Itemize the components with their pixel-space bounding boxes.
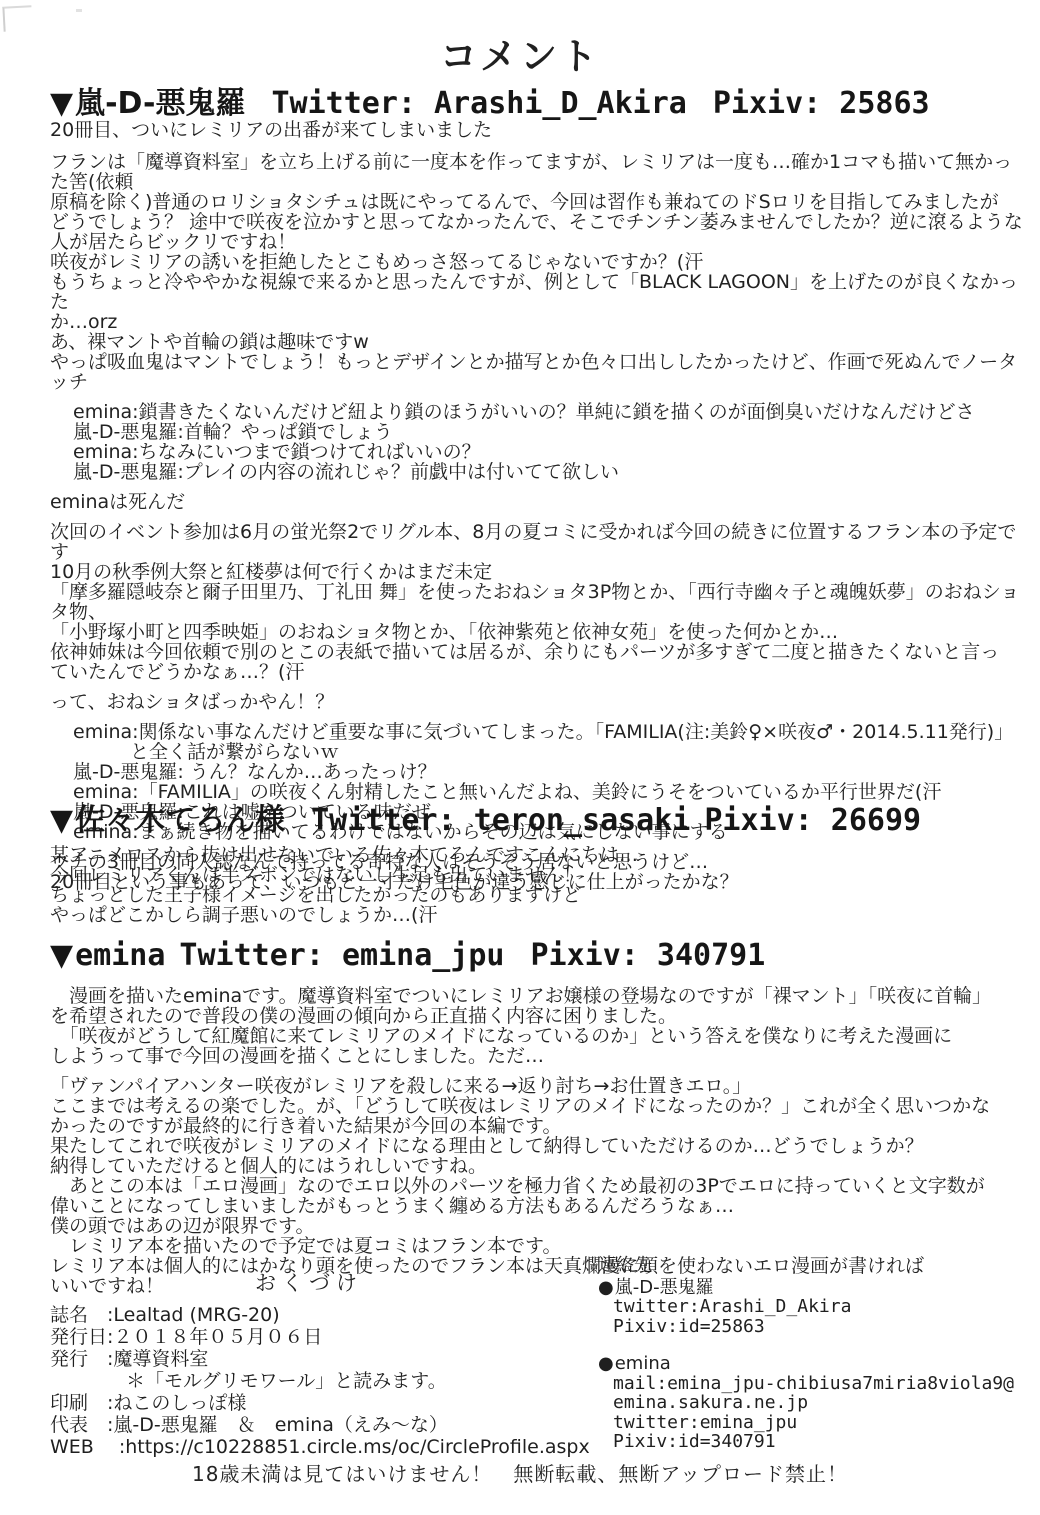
text-line: 次回のイベント参加は6月の蛍光祭2でリグル本、8月の夏コミに受かれば今回の続きに… — [50, 522, 1026, 562]
page-title: コメント — [0, 26, 1040, 80]
text-line: やっぱどこかしら調子悪いのでしょうか…(汗 — [50, 905, 1026, 925]
text-line: Pixiv:id=340791 — [613, 1432, 1028, 1452]
triangle-marker-icon: ▼ — [50, 86, 73, 121]
twitter-handle: Twitter: emina_jpu — [179, 938, 504, 973]
dialogue-block: emina:鎖書きたくないんだけど紐より鎖のほうがいいの？単純に鎖を描くのが面倒… — [50, 402, 1026, 482]
text-line: 発行 :魔導資料室 — [50, 1348, 595, 1370]
text-line: eminaは死んだ — [50, 492, 1026, 512]
contact-entry-name: ●emina — [598, 1354, 1028, 1374]
text-line: ＊「モルグリモワール」と読みます。 — [50, 1370, 595, 1392]
triangle-marker-icon: ▼ — [50, 803, 73, 838]
text-line: 発行日:２０１８年０５月０６日 — [50, 1326, 595, 1348]
text-line: レミリア本を描いたので予定では夏コミはフラン本です。 — [50, 1236, 1026, 1256]
triangle-marker-icon: ▼ — [50, 938, 73, 973]
text-line: 20冊目、ついにレミリアの出番が来てしまいました — [50, 120, 1026, 140]
section-body-sasaki: 某アニメロスから抜け出せないでいる佐々木てろんですこんにちは…今回レミリアくんは… — [50, 845, 1026, 935]
text-line: 僕の頭ではあの辺が限界です。 — [50, 1216, 1026, 1236]
twitter-handle: Twitter: Arashi_D_Akira — [271, 86, 686, 121]
comment-paragraph: 次回のイベント参加は6月の蛍光祭2でリグル本、8月の夏コミに受かれば今回の続きに… — [50, 522, 1026, 682]
comment-paragraph: 20冊目、ついにレミリアの出番が来てしまいました — [50, 120, 1026, 140]
contact-section: 連絡先 ●嵐-D-悪鬼羅 twitter:Arashi_D_AkiraPixiv… — [598, 1256, 1028, 1470]
colophon-rows: 誌名 :Lealtad (MRG-20)発行日:２０１８年０５月０６日発行 :魔… — [50, 1304, 595, 1458]
bullet-icon: ● — [598, 1354, 614, 1374]
text-line: しようって事で今回の漫画を描くことにしました。ただ… — [50, 1046, 1026, 1066]
text-line: もうちょっと冷ややかな視線で来るかと思ったんですが、例として「BLACK LAG… — [50, 272, 1026, 312]
section-heading-arashi: ▼嵐-D-悪鬼羅Twitter: Arashi_D_AkiraPixiv: 25… — [50, 78, 1020, 122]
section-heading-emina: ▼eminaTwitter: emina_jpuPixiv: 340791 — [50, 938, 1020, 973]
text-line: を希望されたので普段の僕の漫画の傾向から正直描く内容に困りました。 — [50, 1006, 1026, 1026]
text-line: 10月の秋季例大祭と紅楼夢は何で行くかはまだ未定 — [50, 562, 1026, 582]
text-line: あとこの本は「エロ漫画」なのでエロ以外のパーツを極力省くため最初の3Pでエロに持… — [50, 1176, 1026, 1196]
contact-entry: ●嵐-D-悪鬼羅 twitter:Arashi_D_AkiraPixiv:id=… — [598, 1278, 1028, 1337]
text-line: どうでしょう？ 途中で咲夜を泣かすと思ってなかったんで、そこでチンチン萎みません… — [50, 212, 1026, 232]
contact-entry-lines: twitter:Arashi_D_AkiraPixiv:id=25863 — [598, 1297, 1028, 1336]
text-line: emina:ちなみにいつまで鎖つけてればいいの？ — [73, 442, 1026, 462]
text-line: 原稿を除く)普通のロリショタシチュは既にやってるんで、今回は習作も兼ねてのドSロ… — [50, 192, 1026, 212]
text-line: ここまでは考えるの楽でした。が、「どうして咲夜はレミリアのメイドになったのか？」… — [50, 1096, 1026, 1116]
text-line: 誌名 :Lealtad (MRG-20) — [50, 1304, 595, 1326]
text-line: 「咲夜がどうして紅魔館に来てレミリアのメイドになっているのか」という答えを僕なり… — [50, 1026, 1026, 1046]
scan-artifact-tick — [76, 9, 82, 12]
text-line: って、おねショタばっかやん！？ — [50, 692, 1026, 712]
text-line: 咲夜がレミリアの誘いを拒絶したとこもめっさ怒ってるじゃないですか？(汗 — [50, 252, 1026, 272]
comment-aside: って、おねショタばっかやん！？ — [50, 692, 1026, 712]
colophon-title: おくづけ — [255, 1272, 595, 1294]
contact-name: emina — [615, 1353, 671, 1374]
bullet-icon: ● — [598, 1278, 614, 1298]
text-line: emina.sakura.ne.jp — [613, 1393, 1028, 1413]
text-line: 人が居たらビックリですね！ — [50, 232, 1026, 252]
text-line: 某アニメロスから抜け出せないでいる佐々木てろんですこんにちは… — [50, 845, 1026, 865]
colophon: おくづけ 誌名 :Lealtad (MRG-20)発行日:２０１８年０５月０６日… — [50, 1272, 595, 1458]
scanned-comment-page: コメント ▼嵐-D-悪鬼羅Twitter: Arashi_D_AkiraPixi… — [0, 0, 1040, 1515]
text-line: ちょっとした王子様イメージを出したかったのもありますけど — [50, 885, 1026, 905]
contact-entry-lines: mail:emina_jpu-chibiusa7miria8viola9@emi… — [598, 1374, 1028, 1452]
contact-entry: ●emina mail:emina_jpu-chibiusa7miria8vio… — [598, 1354, 1028, 1452]
contact-entry-name: ●嵐-D-悪鬼羅 — [598, 1278, 1028, 1298]
text-line: WEB :https://c10228851.circle.ms/oc/Circ… — [50, 1436, 595, 1458]
text-line: かったのですが最終的に行き着いた結果が今回の本編です。 — [50, 1116, 1026, 1136]
author-name: emina — [75, 938, 165, 973]
text-line: 「ヴァンパイアハンター咲夜がレミリアを殺しに来る→返り討ち→お仕置きエロ。」 — [50, 1076, 1026, 1096]
text-line: やっぱ吸血鬼はマントでしょう！もっとデザインとか描写とか色々口出ししたかったけど… — [50, 352, 1026, 392]
section-body-arashi: 20冊目、ついにレミリアの出番が来てしまいました フランは「魔導資料室」を立ち上… — [50, 120, 1026, 902]
text-line: と全く話が繋がらないｗ — [73, 742, 1026, 762]
comment-paragraph: 某アニメロスから抜け出せないでいる佐々木てろんですこんにちは…今回レミリアくんは… — [50, 845, 1026, 925]
text-line: emina:関係ない事なんだけど重要な事に気づいてしまった。「FAMILIA(注… — [73, 722, 1026, 742]
text-line: twitter:emina_jpu — [613, 1413, 1028, 1433]
author-name: 佐々木てろん様 — [75, 803, 285, 838]
section-heading-sasaki: ▼佐々木てろん様Twitter: teron_sasakiPixiv: 2669… — [50, 795, 1020, 839]
pixiv-id: Pixiv: 340791 — [531, 938, 766, 973]
contact-name: 嵐-D-悪鬼羅 — [615, 1277, 714, 1298]
twitter-handle: Twitter: teron_sasaki — [311, 803, 690, 838]
text-line: 印刷 :ねこのしっぽ様 — [50, 1392, 595, 1414]
text-line: emina:鎖書きたくないんだけど紐より鎖のほうがいいの？単純に鎖を描くのが面倒… — [73, 402, 1026, 422]
age-restriction-warning: 18歳未満は見てはいけません！ 無断転載、無断アップロード禁止！ — [0, 1458, 1040, 1487]
text-line: あ、裸マントや首輪の鎖は趣味ですw — [50, 332, 1026, 352]
text-line: 納得していただけると個人的にはうれしいですね。 — [50, 1156, 1026, 1176]
text-line: 果たしてこれで咲夜がレミリアのメイドになる理由として納得していただけるのか…どう… — [50, 1136, 1026, 1156]
text-line: 代表 :嵐-D-悪鬼羅 ＆ emina（えみ～な） — [50, 1414, 595, 1436]
pixiv-id: Pixiv: 25863 — [713, 86, 930, 121]
text-line: ていたんでどうかなぁ…？(汗 — [50, 662, 1026, 682]
author-name: 嵐-D-悪鬼羅 — [75, 86, 245, 121]
text-line: mail:emina_jpu-chibiusa7miria8viola9@ — [613, 1374, 1028, 1394]
text-line: 嵐-D-悪鬼羅:プレイの内容の流れじゃ？前戯中は付いてて欲しい — [73, 462, 1026, 482]
text-line: 「摩多羅隠岐奈と爾子田里乃、丁礼田 舞」を使ったおねショタ3P物とか、「西行寺幽… — [50, 582, 1026, 622]
text-line: 漫画を描いたeminaです。魔導資料室でついにレミリアお嬢様の登場なのですが「裸… — [50, 986, 1026, 1006]
text-line: Pixiv:id=25863 — [613, 1317, 1028, 1337]
text-line: か…orz — [50, 312, 1026, 332]
text-line: フランは「魔導資料室」を立ち上げる前に一度本を作ってますが、レミリアは一度も…確… — [50, 152, 1026, 192]
text-line: 嵐-D-悪鬼羅:首輪？やっぱ鎖でしょう — [73, 422, 1026, 442]
text-line: 偉いことになってしまいましたがもっとうまく纏める方法もあるんだろうなぁ… — [50, 1196, 1026, 1216]
text-line: 今回レミリアくんは半ズボンではないし生足も出ていません！ — [50, 865, 1026, 885]
text-line: twitter:Arashi_D_Akira — [613, 1297, 1028, 1317]
comment-paragraph: 漫画を描いたeminaです。魔導資料室でついにレミリアお嬢様の登場なのですが「裸… — [50, 986, 1026, 1066]
pixiv-id: Pixiv: 26699 — [704, 803, 921, 838]
contact-title: 連絡先 — [598, 1256, 1028, 1276]
comment-paragraph: フランは「魔導資料室」を立ち上げる前に一度本を作ってますが、レミリアは一度も…確… — [50, 152, 1026, 392]
text-line: 「小野塚小町と四季映姫」のおねショタ物とか、「依神紫苑と依神女苑」を使った何かと… — [50, 622, 1026, 642]
comment-aside: eminaは死んだ — [50, 492, 1026, 512]
text-line: 依神姉妹は今回依頼で別のとこの表紙で描いては居るが、余りにもパーツが多すぎて二度… — [50, 642, 1026, 662]
text-line: 嵐-D-悪鬼羅: うん？なんか…あったっけ？ — [73, 762, 1026, 782]
